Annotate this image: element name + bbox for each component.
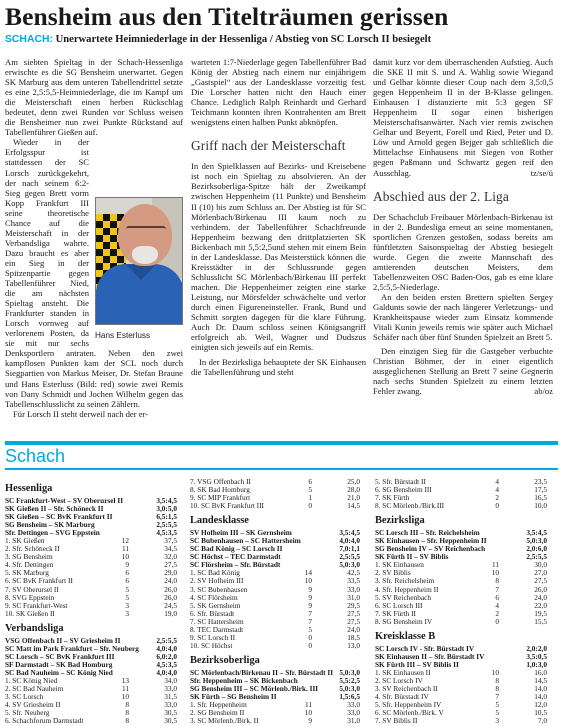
standing-team: 6. SC BvK Frankfurt II (5, 577, 111, 585)
standing-row: 3. SV Reichenbach II814,0 (375, 685, 547, 693)
standing-team: 10. SK Gießen II (5, 610, 111, 618)
standing-team: 10. SC Höchst (190, 642, 294, 650)
standing-pts: 0 (294, 642, 312, 650)
standing-team: 3. Sfr. Reichelsheim (375, 577, 481, 585)
standing-row: 6. SC BvK Frankfurt II624,0 (5, 577, 177, 585)
standing-team: 7. SK Fürth (375, 494, 481, 502)
standing-row: 1. SC Bad König1442,5 (190, 569, 360, 577)
results-column-2: 7. VSG Offenbach II625,08. SK Bad Hombur… (190, 478, 360, 726)
standing-team: 1. SK Einhausen (375, 561, 481, 569)
standing-team: 5. SK Gernsheim (190, 602, 294, 610)
standing-row: 3. SC Mörlenb./Birk. II931,0 (190, 717, 360, 725)
standing-bp: 19,0 (129, 610, 177, 618)
standing-team: 6. SC Lorsch III (375, 602, 481, 610)
standing-team: 3. SG Bensheim (5, 553, 111, 561)
standing-team: 8. TEC Darmstadt (190, 626, 294, 634)
standing-team: 8. SC Mörlenb./Birk.III (375, 502, 481, 510)
standing-team: 6. SG Bensheim III (375, 486, 481, 494)
match-row: SK Fürth III – SV Biblis II1,0:3,0 (375, 661, 547, 669)
match-row: SC Bad Nauheim – SC König Nied4,0:4,0 (5, 669, 177, 677)
standing-pts: 0 (294, 502, 312, 510)
subheadline-text: Unerwartete Heimniederlage in der Hessen… (53, 34, 431, 45)
paragraph: In der Bezirksliga behauptete der SK Ein… (191, 357, 366, 377)
standing-team: 10. SC BvK Frankfurt III (190, 502, 294, 510)
kreisklasse-b-standings: 1. SK Einhausen II1016,02. SC Lorsch IV8… (375, 669, 547, 726)
landesklasse-matches: SV Hofheim III – SK Gernsheim3,5:4,5SC B… (190, 529, 360, 569)
match-pairing: SK Fürth III – SV Biblis II (375, 661, 459, 669)
standing-row: 1. Sfr. Heppenheim1133,0 (190, 701, 360, 709)
standing-row: 2. SC Bad Nauheim1133,0 (5, 685, 177, 693)
standing-team: 1. SC Bad König (190, 569, 294, 577)
section-title: Schach (5, 446, 65, 466)
match-pairing: SK Fürth – SG Bensheim II (190, 693, 277, 701)
league-title: Bezirksoberliga (190, 654, 360, 667)
standing-team: 5. Sfr. Neuberg (5, 709, 111, 717)
standing-row: 10. SK Gießen II319,0 (5, 610, 177, 618)
landesklasse-standings: 1. SC Bad König1442,52. SV Hofheim III10… (190, 569, 360, 649)
standing-team: 8. SG Bensheim IV (375, 618, 481, 626)
standing-row: 7. SK Fürth II219,5 (375, 610, 547, 618)
standing-row: 8. SVG Eppstein526,0 (5, 594, 177, 602)
article-subheadline: SCHACH: Unerwartete Heimniederlage in de… (5, 33, 431, 46)
standing-row: 4. Sfr. Bürstadt IV714,0 (375, 693, 547, 701)
standing-team: 2. Sfr. Schöneck II (5, 545, 111, 553)
league-title: Hessenliga (5, 482, 177, 495)
results-column-3: 5. Sfr. Bürstadt II423,56. SG Bensheim I… (375, 478, 547, 726)
standing-team: 2. SV Biblis (375, 569, 481, 577)
article-headline: Bensheim aus den Titelträumen gerissen (5, 2, 448, 32)
standing-bp: 15,5 (499, 618, 547, 626)
author-signature: tz/se/ü (531, 168, 553, 178)
standing-team: 5. SV Reichenbach (375, 594, 481, 602)
standing-team: 2. SG Bensheim II (190, 709, 294, 717)
standing-team: 4. Sfr. Dettingen (5, 561, 111, 569)
standing-team: 4. SV Griesheim II (5, 701, 111, 709)
standing-team: 3. SV Reichenbach II (375, 685, 481, 693)
standing-row: 5. SK Marburg629,0 (5, 569, 177, 577)
bezirksoberliga-standings: 1. Sfr. Heppenheim1133,02. SG Bensheim I… (190, 701, 360, 726)
paragraph: Der Schachclub Freibauer Mörlenbach-Birk… (373, 212, 553, 292)
standing-row: 6. Schachforum Darmstadt830,5 (5, 717, 177, 725)
standing-row: 5. SK Gernsheim929,5 (190, 602, 360, 610)
author-signature: ab/oz (526, 386, 553, 396)
section-kicker: SCHACH: (5, 34, 53, 45)
standing-team: 2. SC Bad Nauheim (5, 685, 111, 693)
standing-team: 3. SC Lorsch (5, 693, 111, 701)
standing-row: 4. SC Flörsheim931,0 (190, 594, 360, 602)
standing-team: 6. Schachforum Darmstadt (5, 717, 111, 725)
standing-team: 4. SC Flörsheim (190, 594, 294, 602)
standing-row: 2. SC Lorsch IV814,5 (375, 677, 547, 685)
match-row: SC Flörsheim – Sfr. Bürstadt5,0:3,0 (190, 561, 360, 569)
standing-bp: 30,5 (129, 717, 177, 725)
standing-team: 8. SK Bad Homburg (190, 486, 294, 494)
verbandsliga-standings-cont: 7. VSG Offenbach II625,08. SK Bad Hombur… (190, 478, 360, 510)
standing-team: 2. SC Lorsch IV (375, 677, 481, 685)
standing-row: 1. SK Einhausen1130,0 (375, 561, 547, 569)
standing-row: 3. Sfr. Reichelsheim827,5 (375, 577, 547, 585)
standing-row: 4. Sfr. Dettingen927,5 (5, 561, 177, 569)
standing-team: 1. SK Gießen (5, 537, 111, 545)
standing-row: 7. SC Hattersheim727,5 (190, 618, 360, 626)
standing-row: 8. SC Mörlenb./Birk.III010,0 (375, 502, 547, 510)
standing-team: 9. SC MIP Frankfurt (190, 494, 294, 502)
standing-pts: 3 (111, 610, 129, 618)
standing-row: 3. SC Bubenhausen933,0 (190, 586, 360, 594)
paragraph: An den beiden ersten Brettern spielten S… (373, 292, 553, 342)
standing-row: 5. Sfr. Heppenheim IV512,0 (375, 701, 547, 709)
standing-row: 7. SV Oberursel II526,0 (5, 586, 177, 594)
standing-row: 7. SV Biblis II37,0 (375, 717, 547, 725)
standing-row: 5. SV Reichenbach624,0 (375, 594, 547, 602)
standing-bp: 10,0 (499, 502, 547, 510)
match-pairing: SC Flörsheim – Sfr. Bürstadt (190, 561, 280, 569)
bezirksoberliga-standings-cont: 5. Sfr. Bürstadt II423,56. SG Bensheim I… (375, 478, 547, 510)
league-title: Bezirksliga (375, 514, 547, 527)
section-rule-top (5, 441, 558, 445)
paragraph: In den Spielklassen auf Bezirks- und Kre… (191, 161, 366, 352)
standing-row: 2. Sfr. Schöneck II1134,5 (5, 545, 177, 553)
standing-row: 6. SG Bensheim III417,5 (375, 486, 547, 494)
standing-team: 8. SVG Eppstein (5, 594, 111, 602)
standing-row: 5. Sfr. Bürstadt II423,5 (375, 478, 547, 486)
standing-team: 1. SC König Nied (5, 677, 111, 685)
match-pairing: SC Bad Nauheim – SC König Nied (5, 669, 113, 677)
kreisklasse-b-matches: SC Lorsch IV - Sfr. Bürstadt IV2,0:2,0SK… (375, 645, 547, 669)
standing-row: 10. SC Höchst013,0 (190, 642, 360, 650)
standing-row: 9. SC Lorsch II018,5 (190, 634, 360, 642)
standing-row: 4. Sfr. Heppenheim II726,0 (375, 586, 547, 594)
standing-team: 4. Sfr. Bürstadt IV (375, 693, 481, 701)
photo-caption: Hans Esterluss (95, 330, 183, 341)
standing-bp: 14,5 (312, 502, 360, 510)
results-column-1: Hessenliga SC Frankfurt-West – SV Oberur… (5, 482, 177, 725)
paragraph: Den einzigen Sieg für die Gastgeber verb… (373, 346, 553, 396)
standing-row: 1. SK Gießen1237,5 (5, 537, 177, 545)
paragraph: Am siebten Spieltag in der Schach-Hessen… (5, 57, 183, 137)
league-title: Kreisklasse B (375, 630, 547, 643)
standing-row: 7. VSG Offenbach II625,0 (190, 478, 360, 486)
standing-row: 8. TEC Darmstadt524,0 (190, 626, 360, 634)
standing-row: 2. SV Hofheim III1033,5 (190, 577, 360, 585)
standing-row: 1. SC König Nied1334,0 (5, 677, 177, 685)
standing-row: 10. SC BvK Frankfurt III014,5 (190, 502, 360, 510)
photo-figure: Hans Esterluss (95, 197, 183, 341)
standing-team: 5. Sfr. Heppenheim IV (375, 701, 481, 709)
standing-pts: 0 (481, 618, 499, 626)
standing-team: 6. Sfr. Bürstadt (190, 610, 294, 618)
article-column-3: damit kurz vor dem überraschenden Aufsti… (373, 57, 553, 396)
standing-row: 7. SK Fürth216,5 (375, 494, 547, 502)
paragraph-text: damit kurz vor dem überraschenden Aufsti… (373, 57, 553, 178)
article-subhead: Griff nach der Meisterschaft (191, 138, 366, 154)
standing-team: 9. SC Frankfurt-West (5, 602, 111, 610)
league-title: Landesklasse (190, 514, 360, 527)
paragraph: warteten 1:7-Niederlage gegen Tabellenfü… (191, 57, 366, 127)
standing-team: 4. Sfr. Heppenheim II (375, 586, 481, 594)
paragraph: damit kurz vor dem überraschenden Aufsti… (373, 57, 553, 178)
standing-team: 9. SC Lorsch II (190, 634, 294, 642)
verbandsliga-standings: 1. SC König Nied1334,02. SC Bad Nauheim1… (5, 677, 177, 725)
match-row: SK Fürth II – SV Biblis2,5:5,5 (375, 553, 547, 561)
standing-team: 5. Sfr. Bürstadt II (375, 478, 481, 486)
standing-team: 7. VSG Offenbach II (190, 478, 294, 486)
standing-team: 7. SK Fürth II (375, 610, 481, 618)
standing-team: 7. SV Biblis II (375, 717, 481, 725)
verbandsliga-matches: VSG Offenbach II – SV Griesheim II2,5:5,… (5, 637, 177, 677)
hessenliga-standings: 1. SK Gießen1237,52. Sfr. Schöneck II113… (5, 537, 177, 617)
bezirksoberliga-matches: SC Mörlenbach/Birkenau II – Sfr. Bürstad… (190, 669, 360, 701)
match-pairing: Sfr. Dettingen – SVG Eppstein (5, 529, 100, 537)
standing-row: 3. SG Bensheim1032,0 (5, 553, 177, 561)
section-rule-bottom (5, 468, 558, 470)
standing-bp: 13,0 (312, 642, 360, 650)
standing-team: 6. SC Mörlenb./Birk. V (375, 709, 481, 717)
standing-team: 1. Sfr. Heppenheim (190, 701, 294, 709)
standing-team: 1. SK Einhausen II (375, 669, 481, 677)
standing-row: 6. SC Lorsch III422,0 (375, 602, 547, 610)
league-title: Verbandsliga (5, 622, 177, 635)
standing-team: 2. SV Hofheim III (190, 577, 294, 585)
bezirksliga-matches: SC Lorsch III – Sfr. Reichelsheim3,5:4,5… (375, 529, 547, 561)
match-pairing: SK Fürth II – SV Biblis (375, 553, 448, 561)
standing-row: 6. Sfr. Bürstadt727,5 (190, 610, 360, 618)
match-row: SK Fürth – SG Bensheim II1,5:6,5 (190, 693, 360, 701)
standing-team: 3. SC Mörlenb./Birk. II (190, 717, 294, 725)
match-row: Sfr. Dettingen – SVG Eppstein4,5:3,5 (5, 529, 177, 537)
standing-team: 7. SC Hattersheim (190, 618, 294, 626)
standing-row: 8. SG Bensheim IV015,5 (375, 618, 547, 626)
standing-row: 3. SC Lorsch1031,5 (5, 693, 177, 701)
standing-team: 7. SV Oberursel II (5, 586, 111, 594)
standing-pts: 8 (111, 717, 129, 725)
portrait-photo (95, 197, 183, 325)
bezirksliga-standings: 1. SK Einhausen1130,02. SV Biblis1027,03… (375, 561, 547, 625)
paragraph: Für Lorsch II steht derweil nach der er- (5, 409, 183, 419)
hessenliga-matches: SC Frankfurt-West – SV Oberursel II3,5:4… (5, 497, 177, 537)
standing-pts: 0 (481, 502, 499, 510)
standing-row: 9. SC Frankfurt-West324,5 (5, 602, 177, 610)
standing-row: 4. SV Griesheim II833,0 (5, 701, 177, 709)
standing-row: 6. SC Mörlenb./Birk. V510,5 (375, 709, 547, 717)
standing-row: 9. SC MIP Frankfurt121,0 (190, 494, 360, 502)
article-column-1: Am siebten Spieltag in der Schach-Hessen… (5, 57, 183, 419)
standing-team: 3. SC Bubenhausen (190, 586, 294, 594)
glasses-shape (126, 226, 166, 232)
standing-row: 8. SK Bad Homburg528,0 (190, 486, 360, 494)
standing-row: 1. SK Einhausen II1016,0 (375, 669, 547, 677)
standing-row: 2. SV Biblis1027,0 (375, 569, 547, 577)
article-subhead: Abschied aus der 2. Liga (373, 189, 553, 205)
article-column-2: warteten 1:7-Niederlage gegen Tabellenfü… (191, 57, 366, 377)
standing-row: 5. Sfr. Neuberg830,5 (5, 709, 177, 717)
standing-row: 2. SG Bensheim II1033,0 (190, 709, 360, 717)
standing-team: 5. SK Marburg (5, 569, 111, 577)
